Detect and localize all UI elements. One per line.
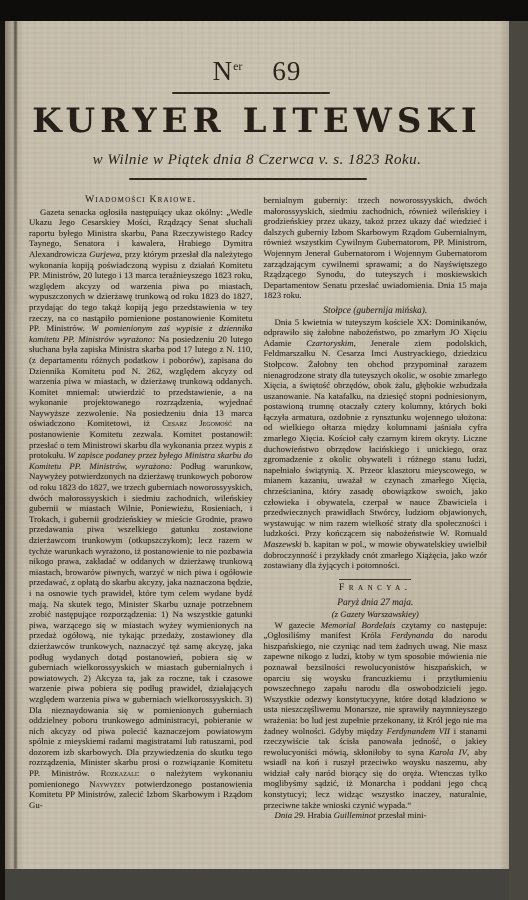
section-heading-francya: Francya. [264,583,488,594]
france-paragraph: W gazecie Memorial Bordelais czytamy co … [264,620,488,811]
text-segment: Ferdynanda [391,630,434,640]
header-rule-bottom [129,178,367,180]
text-segment: Na posiedzeniu 20 lutego słuchana była z… [29,334,253,429]
text-segment: Gurjewa [89,249,120,259]
text-segment: Rozkazali: [101,768,140,778]
text-segment: Podług warunkow, Naywyżey potwierdzonych… [29,461,253,778]
text-segment: Naywyżey [89,779,125,789]
text-segment: , Jenerale ziem podolskich, Feldmarszałk… [264,338,488,539]
issue-number: 69 [272,56,301,86]
issue-number-line: Ner69 [5,56,509,87]
section-heading-wiadomosci-krajowe: Wiadomości Kraiowe. [29,195,253,206]
paris-dateline: Paryż dnia 27 maja. [264,598,488,609]
text-segment: Cesarz Jegomość [162,418,232,428]
header-rule-top [172,92,330,94]
text-segment: Maszewski [264,539,302,549]
ukaz-paragraph-continuation: bernialnym guberniy: trzech noworossyysk… [264,195,488,301]
ukaz-paragraph: Gazeta senacka ogłosiła następuiący ukaz… [29,207,253,811]
newspaper-title: KURYER LITEWSKI [5,101,509,141]
text-segment: Ferdynandem VII [387,726,450,736]
text-segment: Czartoryskim [306,338,353,348]
column-right: bernialnym guberniy: trzech noworossyysk… [264,195,488,821]
text-segment: Guilleminot [334,810,376,820]
newspaper-page: Ner69 KURYER LITEWSKI w Wilnie w Piątek … [5,21,509,869]
stolpce-paragraph: Dnia 5 kwietnia w tuteyszym kościele XX:… [264,317,488,571]
issue-superscript: er [233,59,242,73]
text-segment: do narodu hiszpańskiego, nie czyniąc nad… [264,630,488,735]
text-segment: Hrabia [305,810,333,820]
text-segment: przesłał mini- [376,810,427,820]
text-segment: , przy którym przesłał dla należytego wy… [29,249,253,333]
text-segment: W gazecie [275,620,321,630]
issue-prefix: Ner [213,56,243,86]
text-segment: Karola IV [429,747,467,757]
issue-dateline: w Wilnie w Piątek dnia 8 Czerwca v. s. 1… [5,152,509,169]
text-segment: bernialnym guberniy: trzech noworossyysk… [264,195,488,300]
guilleminot-paragraph: Dnia 29. Hrabia Guilleminot przesłał min… [264,810,488,821]
binding-crease [14,21,17,869]
section-divider-rule [339,579,411,580]
section-heading-stolpce: Stołpce (gubernija mińska). [264,306,488,317]
body-columns: Wiadomości Kraiowe.Gazeta senacka ogłosi… [29,195,487,821]
text-segment: Dnia 29. [275,810,306,820]
text-segment: Memorial Bordelais [321,620,396,630]
column-left: Wiadomości Kraiowe.Gazeta senacka ogłosi… [29,195,253,821]
source-line: (z Gazety Warszawskiey) [264,609,488,620]
